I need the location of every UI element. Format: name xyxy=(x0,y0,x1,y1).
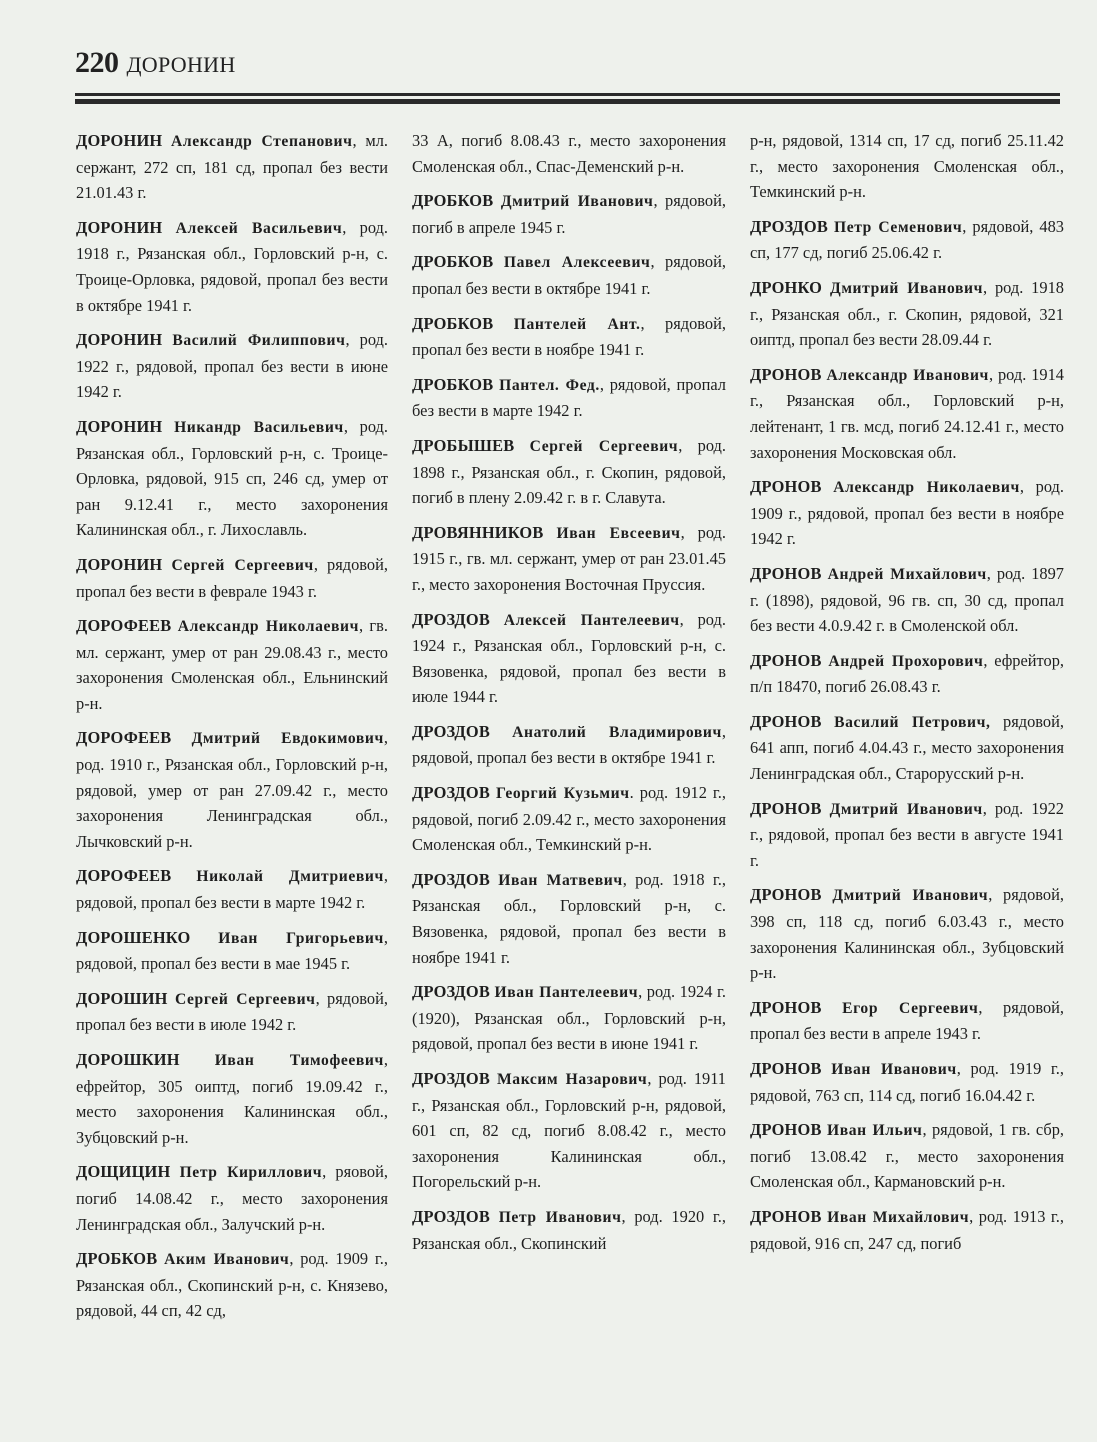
entry-surname: ДОРОФЕЕВ xyxy=(76,728,171,747)
entry-surname: ДРОБКОВ xyxy=(412,191,493,210)
list-item: ДРОЗДОВ Георгий Кузьмич. род. 1912 г., р… xyxy=(412,780,726,858)
entry-surname: ДРОЗДОВ xyxy=(412,982,490,1001)
entry-given-names: Иван Евсеевич xyxy=(556,525,680,542)
list-item: ДОРОНИН Алексей Васильевич, род. 1918 г.… xyxy=(76,215,388,318)
list-item: ДОРОНИН Никандр Васильевич, род. Рязанск… xyxy=(76,414,388,543)
entry-given-names: Дмитрий Евдокимович xyxy=(192,730,384,747)
entry-continuation: 33 А, погиб 8.08.43 г., место захоронени… xyxy=(412,128,726,179)
entry-given-names: Иван Григорьевич xyxy=(218,930,384,947)
entry-surname: ДОРОНИН xyxy=(76,218,162,237)
list-item: ДРОЗДОВ Анатолий Владимирович, рядовой, … xyxy=(412,719,726,771)
list-item: ДРОНОВ Дмитрий Иванович, рядовой, 398 сп… xyxy=(750,882,1064,985)
list-item: ДРОБЫШЕВ Сергей Сергеевич, род. 1898 г.,… xyxy=(412,433,726,511)
entry-given-names: Иван Матвевич xyxy=(498,872,623,889)
entry-given-names: Дмитрий Иванович xyxy=(501,193,654,210)
column-right: р-н, рядовой, 1314 сп, 17 сд, погиб 25.1… xyxy=(750,128,1064,1333)
entry-given-names: Максим Назарович xyxy=(497,1071,647,1088)
list-item: ДРОБКОВ Аким Иванович, род. 1909 г., Ряз… xyxy=(76,1246,388,1324)
entry-given-names: Павел Алексеевич xyxy=(504,254,651,271)
entry-surname: ДОЩИЦИН xyxy=(76,1162,170,1181)
entry-surname: ДРОЗДОВ xyxy=(412,1207,490,1226)
page-number: 220 xyxy=(75,46,119,80)
list-item: ДРОНОВ Дмитрий Иванович, род. 1922 г., р… xyxy=(750,796,1064,874)
list-item: ДРОБКОВ Пантел. Фед., рядовой, пропал бе… xyxy=(412,372,726,424)
running-head: ДОРОНИН xyxy=(127,52,236,78)
list-item: ДОРОШКИН Иван Тимофеевич, ефрейтор, 305 … xyxy=(76,1047,388,1150)
list-item: ДРОЗДОВ Иван Пантелеевич, род. 1924 г. (… xyxy=(412,979,726,1057)
list-item: ДРОНОВ Егор Сергеевич, рядовой, пропал б… xyxy=(750,995,1064,1047)
entry-surname: ДОРОШИН xyxy=(76,989,168,1008)
list-item: ДРОЗДОВ Петр Семенович, рядовой, 483 сп,… xyxy=(750,214,1064,266)
entry-given-names: Сергей Сергеевич xyxy=(171,557,313,574)
list-item: ДОРОШИН Сергей Сергеевич, рядовой, пропа… xyxy=(76,986,388,1038)
entry-given-names: Петр Семенович xyxy=(834,219,962,236)
header-rule-thick xyxy=(75,99,1060,104)
entry-given-names: Александр Николаевич xyxy=(833,479,1020,496)
entry-surname: ДОРОНИН xyxy=(76,131,162,150)
entry-surname: ДРОНОВ xyxy=(750,564,822,583)
entry-surname: ДРОЗДОВ xyxy=(412,722,490,741)
entry-given-names: Сергей Сергеевич xyxy=(530,438,679,455)
list-item: ДРОНКО Дмитрий Иванович, род. 1918 г., Р… xyxy=(750,275,1064,353)
entry-surname: ДРОНОВ xyxy=(750,712,822,731)
entry-given-names: Александр Николаевич xyxy=(178,618,359,635)
entry-given-names: Андрей Михайлович xyxy=(828,566,987,583)
list-item: ДРОВЯННИКОВ Иван Евсеевич, род. 1915 г.,… xyxy=(412,520,726,598)
entry-surname: ДРОЗДОВ xyxy=(412,610,490,629)
entry-surname: ДРОНОВ xyxy=(750,1120,822,1139)
entry-given-names: Николай Дмитриевич xyxy=(196,868,384,885)
entry-surname: ДРОЗДОВ xyxy=(412,870,490,889)
entry-surname: ДРОБКОВ xyxy=(412,375,493,394)
entry-surname: ДРОНОВ xyxy=(750,998,822,1017)
entry-given-names: Алексей Васильевич xyxy=(176,220,343,237)
entry-surname: ДОРОШКИН xyxy=(76,1050,180,1069)
entry-surname: ДРОБКОВ xyxy=(412,252,493,271)
page-header: 220 ДОРОНИН xyxy=(75,46,236,80)
entry-given-names: Петр Иванович xyxy=(499,1209,622,1226)
entry-surname: ДРОЗДОВ xyxy=(412,783,490,802)
list-item: ДОРОНИН Василий Филиппович, род. 1922 г.… xyxy=(76,327,388,405)
column-left: ДОРОНИН Александр Степанович, мл. сержан… xyxy=(76,128,388,1333)
entry-given-names: Анатолий Владимирович xyxy=(512,724,722,741)
entry-given-names: Георгий Кузьмич xyxy=(496,785,630,802)
list-item: ДРОБКОВ Павел Алексеевич, рядовой, пропа… xyxy=(412,249,726,301)
entry-given-names: Александр Степанович xyxy=(171,133,353,150)
entry-surname: ДРОНКО xyxy=(750,278,822,297)
entry-surname: ДРОНОВ xyxy=(750,1059,822,1078)
entry-given-names: Алексей Пантелеевич xyxy=(504,612,680,629)
list-item: ДОРОФЕЕВ Дмитрий Евдокимович, род. 1910 … xyxy=(76,725,388,854)
entry-surname: ДОРОФЕЕВ xyxy=(76,616,171,635)
entry-given-names: Пантелей Ант. xyxy=(514,316,641,333)
entry-given-names: Аким Иванович xyxy=(164,1251,289,1268)
entry-surname: ДРОНОВ xyxy=(750,477,822,496)
entry-surname: ДРОЗДОВ xyxy=(750,217,828,236)
entry-surname: ДРОЗДОВ xyxy=(412,1069,490,1088)
entry-given-names: Дмитрий Иванович xyxy=(832,887,988,904)
entry-surname: ДОРОШЕНКО xyxy=(76,928,190,947)
entry-continuation: р-н, рядовой, 1314 сп, 17 сд, погиб 25.1… xyxy=(750,128,1064,205)
entry-given-names: Егор Сергеевич xyxy=(842,1000,978,1017)
list-item: ДРОНОВ Иван Михайлович, род. 1913 г., ря… xyxy=(750,1204,1064,1256)
entry-given-names: Петр Кириллович xyxy=(180,1164,323,1181)
list-item: ДОЩИЦИН Петр Кириллович, ряовой, погиб 1… xyxy=(76,1159,388,1237)
entry-given-names: Иван Ильич xyxy=(827,1122,922,1139)
entry-surname: ДРОБКОВ xyxy=(412,314,493,333)
list-item: ДОРОФЕЕВ Александр Николаевич, гв. мл. с… xyxy=(76,613,388,716)
list-item: ДРОЗДОВ Иван Матвевич, род. 1918 г., Ряз… xyxy=(412,867,726,970)
entry-given-names: Александр Иванович xyxy=(827,367,989,384)
entry-given-names: Василий Филиппович xyxy=(172,332,345,349)
entry-given-names: Пантел. Фед. xyxy=(499,377,600,394)
list-item: ДРОНОВ Иван Иванович, род. 1919 г., рядо… xyxy=(750,1056,1064,1108)
list-item: ДОРОШЕНКО Иван Григорьевич, рядовой, про… xyxy=(76,925,388,977)
entry-surname: ДРОНОВ xyxy=(750,651,822,670)
list-item: ДРОНОВ Василий Петрович, рядовой, 641 ап… xyxy=(750,709,1064,787)
entry-given-names: Василий Петрович, xyxy=(834,714,990,731)
text-columns: ДОРОНИН Александр Степанович, мл. сержан… xyxy=(76,128,1064,1333)
entry-surname: ДРОВЯННИКОВ xyxy=(412,523,544,542)
entry-given-names: Дмитрий Иванович xyxy=(830,801,983,818)
entry-surname: ДОРОНИН xyxy=(76,417,162,436)
list-item: ДРОНОВ Александр Иванович, род. 1914 г.,… xyxy=(750,362,1064,465)
entry-given-names: Сергей Сергеевич xyxy=(175,991,316,1008)
list-item: ДРОЗДОВ Максим Назарович, род. 1911 г., … xyxy=(412,1066,726,1195)
list-item: ДРОНОВ Александр Николаевич, род. 1909 г… xyxy=(750,474,1064,552)
entry-surname: ДРОБКОВ xyxy=(76,1249,157,1268)
list-item: ДРОНОВ Иван Ильич, рядовой, 1 гв. сбр, п… xyxy=(750,1117,1064,1195)
entry-surname: ДРОБЫШЕВ xyxy=(412,436,514,455)
entry-surname: ДРОНОВ xyxy=(750,799,822,818)
entry-surname: ДРОНОВ xyxy=(750,885,822,904)
entry-surname: ДРОНОВ xyxy=(750,1207,822,1226)
entry-given-names: Иван Пантелеевич xyxy=(495,984,639,1001)
column-middle: 33 А, погиб 8.08.43 г., место захоронени… xyxy=(412,128,726,1333)
list-item: ДРОЗДОВ Петр Иванович, род. 1920 г., Ряз… xyxy=(412,1204,726,1256)
list-item: ДРОНОВ Андрей Прохорович, ефрейтор, п/п … xyxy=(750,648,1064,700)
entry-given-names: Дмитрий Иванович xyxy=(830,280,983,297)
entry-surname: ДРОНОВ xyxy=(750,365,822,384)
entry-given-names: Никандр Васильевич xyxy=(174,419,344,436)
header-rule-thin xyxy=(75,93,1060,96)
list-item: ДРОЗДОВ Алексей Пантелеевич, род. 1924 г… xyxy=(412,607,726,710)
entry-surname: ДОРОНИН xyxy=(76,330,162,349)
list-item: ДРОНОВ Андрей Михайлович, род. 1897 г. (… xyxy=(750,561,1064,639)
list-item: ДРОБКОВ Дмитрий Иванович, рядовой, погиб… xyxy=(412,188,726,240)
entry-surname: ДОРОФЕЕВ xyxy=(76,866,171,885)
list-item: ДРОБКОВ Пантелей Ант., рядовой, пропал б… xyxy=(412,311,726,363)
entry-given-names: Иван Иванович xyxy=(831,1061,957,1078)
entry-given-names: Иван Михайлович xyxy=(827,1209,969,1226)
list-item: ДОРОНИН Александр Степанович, мл. сержан… xyxy=(76,128,388,206)
entry-given-names: Иван Тимофеевич xyxy=(215,1052,384,1069)
entry-surname: ДОРОНИН xyxy=(76,555,162,574)
list-item: ДОРОФЕЕВ Николай Дмитриевич, рядовой, пр… xyxy=(76,863,388,915)
entry-given-names: Андрей Прохорович xyxy=(828,653,983,670)
list-item: ДОРОНИН Сергей Сергеевич, рядовой, пропа… xyxy=(76,552,388,604)
